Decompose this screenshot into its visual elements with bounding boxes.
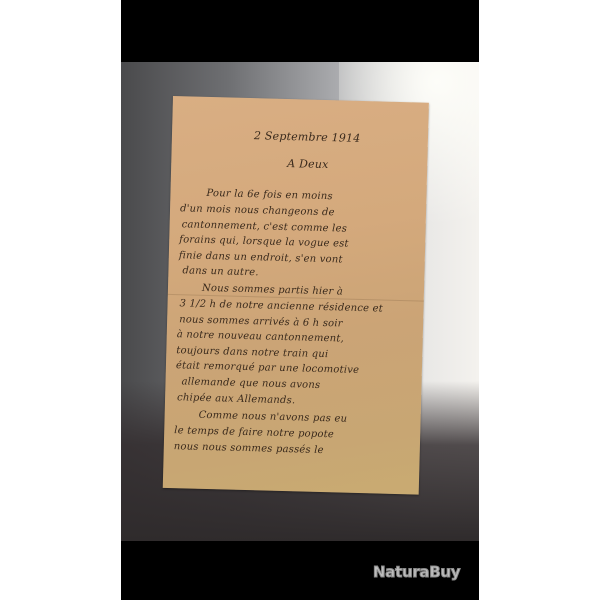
letter-line: cantonnement, c'est comme les — [181, 220, 347, 234]
letter-line: finie dans un endroit, s'en vont — [179, 251, 343, 265]
letter-paper: 2 Septembre 1914 A Deux Pour la 6e fois … — [163, 96, 429, 495]
letter-line: nous nous sommes passés le — [174, 442, 324, 456]
letter-line: Pour la 6e fois en moins — [206, 189, 333, 202]
letter-line: d'un mois nous changeons de — [180, 204, 335, 218]
letter-date: 2 Septembre 1914 — [254, 130, 361, 144]
letter-line: chipée aux Allemands. — [177, 393, 295, 406]
naturabuy-watermark: NaturaBuy — [373, 563, 460, 581]
letter-line: Nous sommes partis hier à — [202, 284, 343, 298]
letter-line: Comme nous n'avons pas eu — [199, 411, 348, 425]
letter-line: forains qui, lorsque la vogue est — [179, 235, 349, 249]
product-photo: 2 Septembre 1914 A Deux Pour la 6e fois … — [121, 62, 479, 541]
letter-line: nous sommes arrivés à 6 h soir — [179, 315, 343, 329]
letter-line: le temps de faire notre popote — [174, 426, 334, 440]
letter-line: était remorqué par une locomotive — [176, 361, 359, 376]
letter-line: toujours dans notre train qui — [176, 346, 328, 360]
letter-line: dans un autre. — [182, 266, 259, 278]
letter-line: 3 1/2 h de notre ancienne résidence et — [179, 299, 383, 314]
letter-salutation: A Deux — [287, 158, 329, 170]
letter-line: à notre nouveau cantonnement, — [177, 330, 344, 344]
letter-line: allemande que nous avons — [181, 377, 320, 391]
